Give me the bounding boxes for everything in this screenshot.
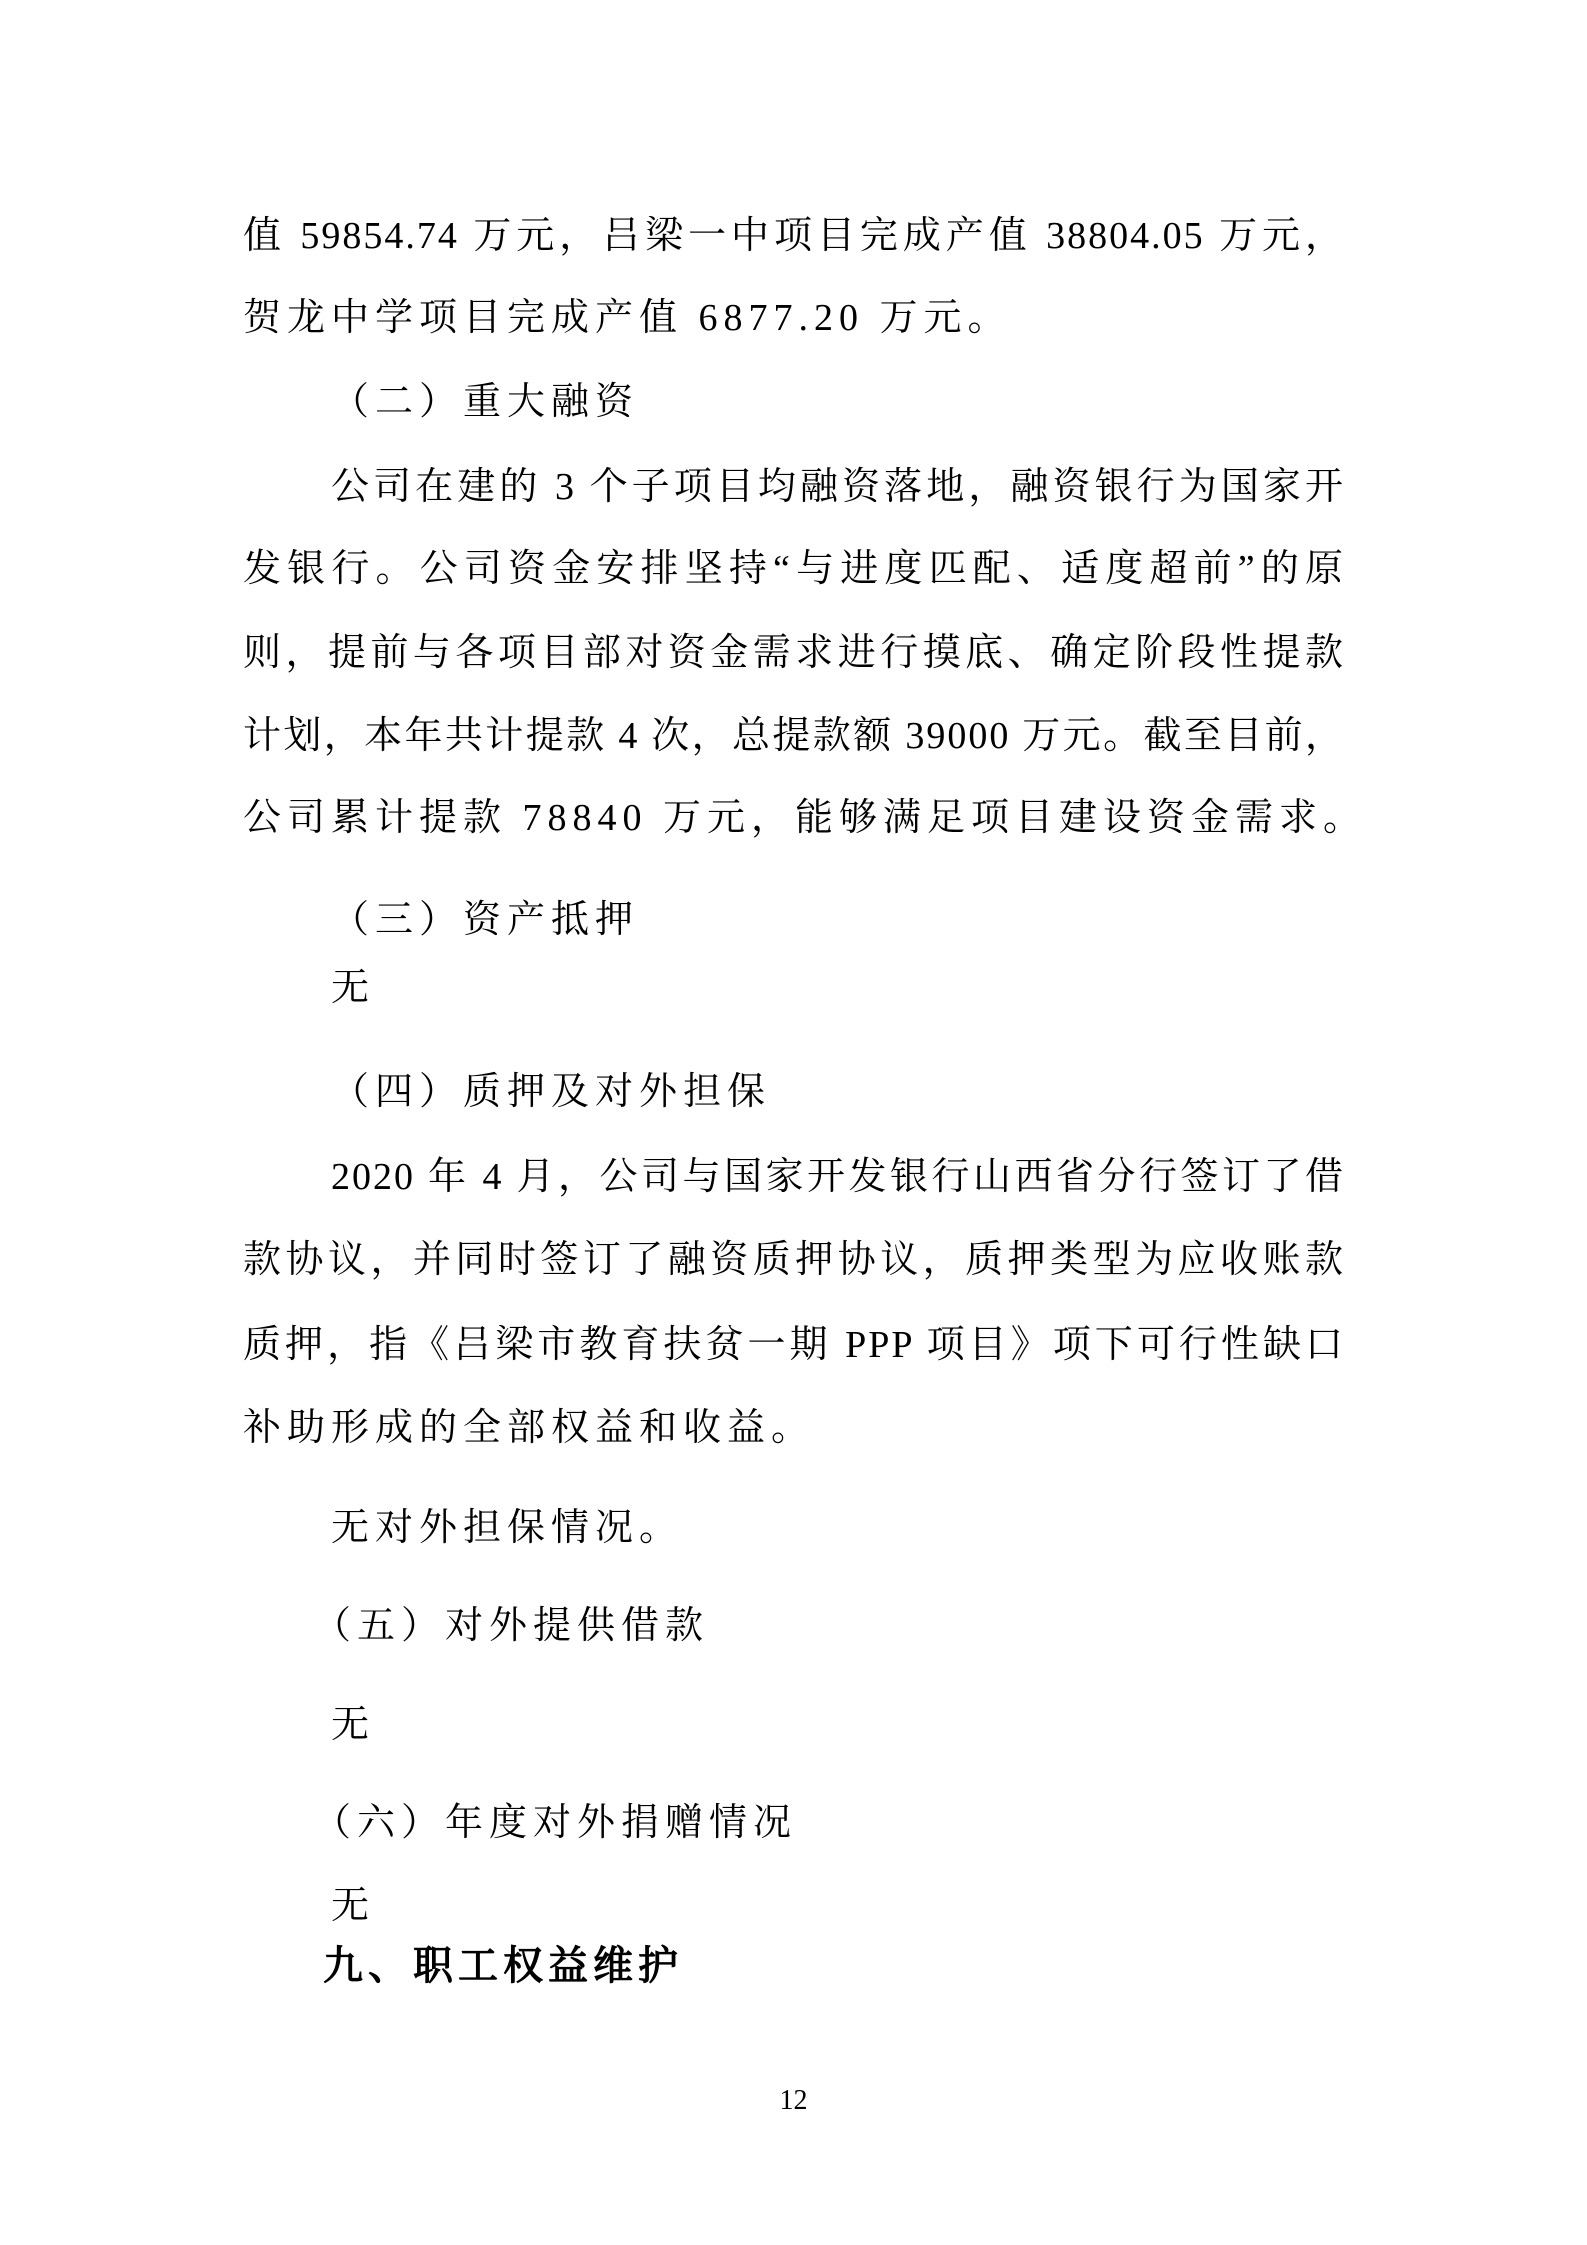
para-financing-line-5: 公司累计提款 78840 万元，能够满足项目建设资金需求。 [243,777,1345,859]
para-financing-line-4: 计划，本年共计提款 4 次，总提款额 39000 万元。截至目前， [243,695,1345,777]
para-financing-line-1: 公司在建的 3 个子项目均融资落地，融资银行为国家开 [243,446,1345,528]
text-no-external-guarantee: 无对外担保情况。 [243,1487,1345,1569]
para-output-line-1: 值 59854.74 万元，吕梁一中项目完成产值 38804.05 万元， [243,195,1345,277]
document-body: 值 59854.74 万元，吕梁一中项目完成产值 38804.05 万元，贺龙中… [243,195,1345,2007]
document-page: 值 59854.74 万元，吕梁一中项目完成产值 38804.05 万元，贺龙中… [0,0,1587,2245]
para-financing-line-2: 发银行。公司资金安排坚持“与进度匹配、适度超前”的原 [243,528,1345,610]
para-pledge-line-1: 2020 年 4 月，公司与国家开发银行山西省分行签订了借 [243,1136,1345,1218]
heading-section-4-pledge-guarantee: （四）质押及对外担保 [243,1051,1345,1133]
para-output-line-2: 贺龙中学项目完成产值 6877.20 万元。 [243,277,1345,359]
page-footer: 12 [0,2085,1587,2117]
para-financing-line-3: 则，提前与各项目部对资金需求进行摸底、确定阶段性提款 [243,612,1345,694]
heading-chapter-9-employee-rights: 九、职工权益维护 [243,1925,1345,2007]
para-pledge-line-3: 质押，指《吕梁市教育扶贫一期 PPP 项目》项下可行性缺口 [243,1304,1345,1386]
heading-section-2-major-financing: （二）重大融资 [243,361,1345,443]
heading-section-6-annual-donations: （六）年度对外捐赠情况 [243,1782,1345,1864]
heading-section-5-external-loans: （五）对外提供借款 [243,1585,1345,1667]
text-none-2: 无 [243,1684,1345,1766]
page-number: 12 [780,2085,808,2116]
para-pledge-line-4: 补助形成的全部权益和收益。 [243,1387,1345,1469]
para-pledge-line-2: 款协议，并同时签订了融资质押协议，质押类型为应收账款 [243,1219,1345,1301]
